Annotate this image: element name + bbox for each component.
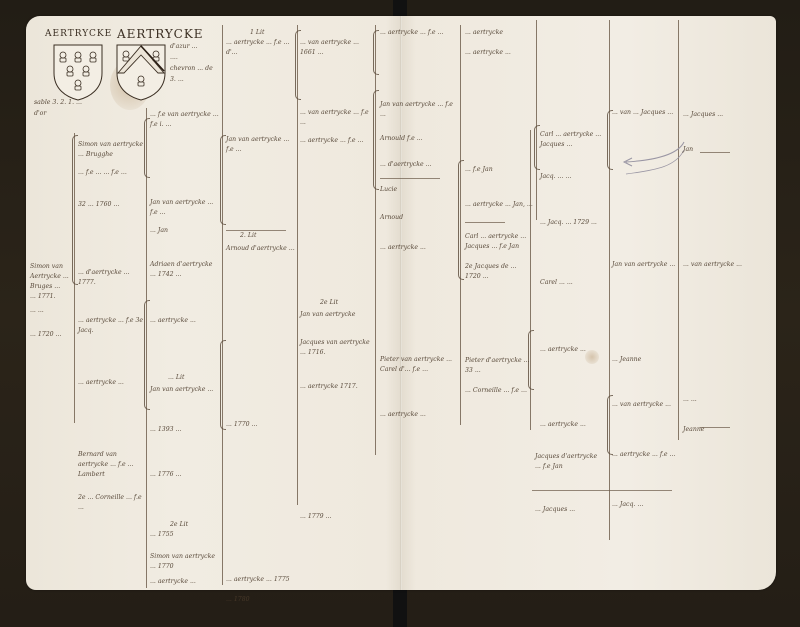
entry: Jan van aertrycke ... f.e ... bbox=[380, 100, 458, 120]
entry: Pieter d'aertrycke ... 33 ... bbox=[465, 356, 533, 376]
entry: ... ... bbox=[30, 306, 72, 316]
arms-caption: d'or bbox=[34, 109, 46, 119]
entry: 32 ... 1760 ... bbox=[78, 200, 144, 210]
entry: ... d'aertrycke ... bbox=[380, 160, 458, 170]
blazon-line: 3. ... bbox=[170, 75, 184, 85]
entry: ... van aertrycke ... bbox=[612, 400, 676, 410]
entry: ... van aertrycke ... bbox=[683, 260, 763, 270]
column-rule bbox=[678, 20, 679, 440]
entry: Carel ... ... bbox=[540, 278, 606, 288]
entry: ... Corneille ... f.e ... bbox=[465, 386, 533, 396]
heading-right: AERTRYCKE bbox=[117, 27, 204, 41]
entry: ... aertrycke ... bbox=[465, 48, 533, 58]
entry: ... 1776 ... bbox=[150, 470, 220, 480]
blazon-line: .... bbox=[170, 53, 178, 63]
entry: Carl ... aertrycke ... Jacques ... bbox=[540, 130, 606, 150]
coat-of-arms-left-icon bbox=[52, 43, 104, 101]
bracket bbox=[373, 90, 379, 190]
entry: ... aertrycke ... Jan, ... bbox=[465, 200, 533, 210]
entry: ... Jacq. ... 1729 ... bbox=[540, 218, 606, 228]
entry: ... 1770 ... bbox=[226, 420, 296, 430]
entry: ... aertrycke ... f.e ... d'... bbox=[226, 38, 296, 58]
entry: ... 1393 ... bbox=[150, 425, 220, 435]
separator-rule bbox=[700, 152, 730, 153]
entry: ... aertrycke ... 1775 bbox=[226, 575, 366, 585]
entry: Jan van aertrycke ... f.e ... bbox=[150, 198, 220, 218]
bracket bbox=[220, 340, 226, 430]
heading-left: AERTRYCKE bbox=[45, 29, 112, 39]
entry: Adriaen d'aertrycke ... 1742 ... bbox=[150, 260, 220, 280]
entry: Arnould f.e ... bbox=[380, 134, 458, 144]
entry: ... aertrycke ... bbox=[150, 316, 220, 326]
entry: Jacq. ... ... bbox=[540, 172, 606, 182]
entry-lit-marker: 2e Lit bbox=[170, 520, 220, 530]
column-rule bbox=[536, 20, 537, 220]
entry: ... aertrycke ... bbox=[380, 410, 458, 420]
column-rule bbox=[222, 25, 223, 585]
entry: ... d'aertrycke ... 1777. bbox=[78, 268, 144, 288]
entry: Arnoud d'aertrycke ... bbox=[226, 244, 296, 254]
entry: ... aertrycke ... bbox=[540, 420, 606, 430]
entry: ... 1779 ... bbox=[300, 512, 372, 522]
binding-gap-bottom bbox=[393, 590, 407, 627]
entry: Carl ... aertrycke ... Jacques ... f.e J… bbox=[465, 232, 533, 252]
entry: ... aertrycke 1717. bbox=[300, 382, 372, 392]
entry: ... aertrycke ... bbox=[78, 378, 144, 388]
entry: Jan van aertrycke ... bbox=[612, 260, 676, 270]
separator-rule bbox=[700, 427, 730, 428]
entry: ... aertrycke ... f.e 3e Jacq. bbox=[78, 316, 144, 336]
entry: ... Jeanne bbox=[612, 355, 676, 365]
entry: 2e Jacques de ... 1720 ... bbox=[465, 262, 533, 282]
entry: ... 1755 bbox=[150, 530, 220, 540]
entry-lit-marker: 2e Lit bbox=[320, 298, 370, 308]
entry: 2e ... Corneille ... f.e ... bbox=[78, 493, 144, 513]
entry: ... 1771. bbox=[30, 292, 72, 302]
entry: Jan van aertrycke ... bbox=[150, 385, 220, 395]
entry: ... aertrycke ... bbox=[380, 243, 458, 253]
entry-lit-marker: 1 Lit bbox=[250, 28, 295, 38]
blazon-line: chevron ... de bbox=[170, 64, 213, 74]
separator-rule bbox=[226, 230, 286, 231]
entry: Jan van aertrycke ... f.e ... bbox=[226, 135, 296, 155]
entry: ... f.e ... ... f.e ... bbox=[78, 168, 144, 178]
entry: ... 1720 ... bbox=[30, 330, 72, 340]
entry: ... aertrycke ... f.e ... bbox=[612, 450, 676, 460]
entry: ... f.e Jan bbox=[465, 165, 533, 175]
entry: ... Jacques ... bbox=[683, 110, 763, 120]
separator-rule bbox=[380, 178, 440, 179]
entry: ... aertrycke ... bbox=[540, 345, 606, 355]
bracket bbox=[373, 30, 379, 75]
entry: Jacques van aertrycke ... 1716. bbox=[300, 338, 372, 358]
bracket bbox=[458, 160, 464, 280]
entry-lit-marker: ... Lit bbox=[168, 373, 218, 383]
entry: ... van aertrycke ... f.e ... bbox=[300, 108, 372, 128]
entry: Bernard van aertrycke ... f.e ... Lamber… bbox=[78, 450, 144, 480]
entry: Simon van aertrycke ... 1770 bbox=[150, 552, 220, 572]
entry: ... aertrycke bbox=[465, 28, 533, 38]
entry: Jan van aertrycke bbox=[300, 310, 372, 320]
entry: Lucie bbox=[380, 185, 458, 195]
entry: ... van ... Jacques ... bbox=[612, 108, 676, 118]
separator-rule bbox=[465, 222, 505, 223]
bracket bbox=[607, 110, 613, 170]
entry: ... aertrycke ... bbox=[150, 577, 220, 587]
entry: Jan bbox=[683, 145, 763, 155]
entry: Arnoud bbox=[380, 213, 458, 223]
column-rule bbox=[609, 20, 610, 540]
entry: ... 1780 bbox=[226, 595, 296, 605]
entry-lit-marker: 2. Lit bbox=[240, 231, 290, 241]
entry: ... Jacq. ... bbox=[612, 500, 676, 510]
separator-rule bbox=[532, 490, 672, 491]
entry: ... Jan bbox=[150, 226, 220, 236]
entry: ... ... bbox=[683, 395, 763, 405]
arms-caption: sable 3. 2. 1. ... bbox=[34, 98, 82, 108]
pencil-arrow-icon bbox=[618, 140, 688, 180]
entry: ... Jacques ... bbox=[535, 505, 605, 515]
entry: ... f.e van aertrycke ... f.e i. ... bbox=[150, 110, 220, 130]
entry: ... aertrycke ... f.e ... bbox=[300, 136, 372, 146]
blazon-line: d'azur ... bbox=[170, 42, 197, 52]
entry: ... aertrycke ... f.e ... bbox=[380, 28, 458, 38]
entry: Simon van Aertrycke ... Bruges ... bbox=[30, 262, 72, 292]
entry: Simon van aertrycke ... Brugghe bbox=[78, 140, 144, 160]
entry: ... van aertrycke ... 1661 ... bbox=[300, 38, 372, 58]
entry: Jacques d'aertrycke ... f.e Jan bbox=[535, 452, 605, 472]
binding-gap-top bbox=[393, 0, 407, 16]
entry: Pieter van aertrycke ... Carel d'... f.e… bbox=[380, 355, 458, 375]
coat-of-arms-right-icon bbox=[115, 43, 167, 101]
